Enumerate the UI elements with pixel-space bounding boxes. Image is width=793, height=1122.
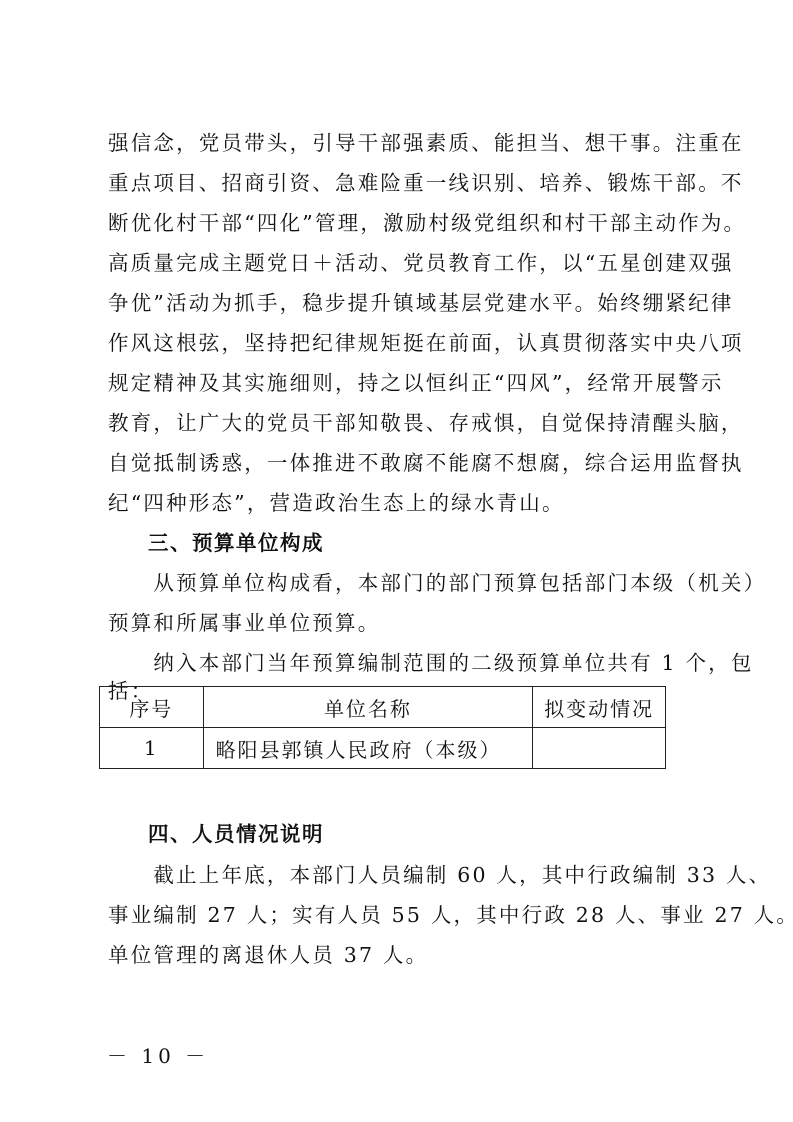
body-text-line: 教育，让广大的党员干部知敬畏、存戒惧，自觉保持清醒头脑， (108, 409, 698, 437)
body-text-line: 预算和所属事业单位预算。 (108, 609, 698, 637)
body-text-line: 从预算单位构成看，本部门的部门预算包括部门本级（机关） (108, 569, 698, 597)
body-text-line: 争优”活动为抓手，稳步提升镇域基层党建水平。始终绷紧纪律 (108, 289, 698, 317)
budget-units-table: 序号 单位名称 拟变动情况 1 略阳县郭镇人民政府（本级） (99, 686, 666, 769)
header-unit-name: 单位名称 (203, 687, 533, 728)
table-header-row: 序号 单位名称 拟变动情况 (100, 687, 666, 728)
body-text-line: 纳入本部门当年预算编制范围的二级预算单位共有 1 个，包 (108, 649, 698, 677)
section-heading-budget-units: 三、预算单位构成 (148, 529, 738, 557)
page-number: － 10 － (107, 1040, 209, 1069)
header-index: 序号 (100, 687, 204, 728)
cell-unit-name: 略阳县郭镇人民政府（本级） (203, 728, 533, 769)
section-heading-staff: 四、人员情况说明 (148, 820, 738, 848)
body-text-line: 规定精神及其实施细则，持之以恒纠正“四风”，经常开展警示 (108, 369, 698, 397)
body-text-line: 截止上年底，本部门人员编制 60 人，其中行政编制 33 人、 (108, 861, 698, 889)
body-text-line: 作风这根弦，坚持把纪律规矩挺在前面，认真贯彻落实中央八项 (108, 329, 698, 357)
cell-planned-change (533, 728, 666, 769)
body-text-line: 重点项目、招商引资、急难险重一线识别、培养、锻炼干部。不 (108, 169, 698, 197)
body-text-line: 纪“四种形态”，营造政治生态上的绿水青山。 (108, 489, 698, 517)
body-text-line: 事业编制 27 人；实有人员 55 人，其中行政 28 人、事业 27 人。 (108, 901, 698, 929)
body-text-line: 自觉抵制诱惑，一体推进不敢腐不能腐不想腐，综合运用监督执 (108, 449, 698, 477)
document-page: 强信念，党员带头，引导干部强素质、能担当、想干事。注重在 重点项目、招商引资、急… (0, 0, 793, 1122)
table-row: 1 略阳县郭镇人民政府（本级） (100, 728, 666, 769)
body-text-line: 高质量完成主题党日＋活动、党员教育工作，以“五星创建双强 (108, 249, 698, 277)
cell-index: 1 (100, 728, 204, 769)
header-planned-change: 拟变动情况 (533, 687, 666, 728)
body-text-line: 强信念，党员带头，引导干部强素质、能担当、想干事。注重在 (108, 129, 698, 157)
body-text-line: 断优化村干部“四化”管理，激励村级党组织和村干部主动作为。 (108, 209, 698, 237)
body-text-line: 单位管理的离退休人员 37 人。 (108, 941, 698, 969)
